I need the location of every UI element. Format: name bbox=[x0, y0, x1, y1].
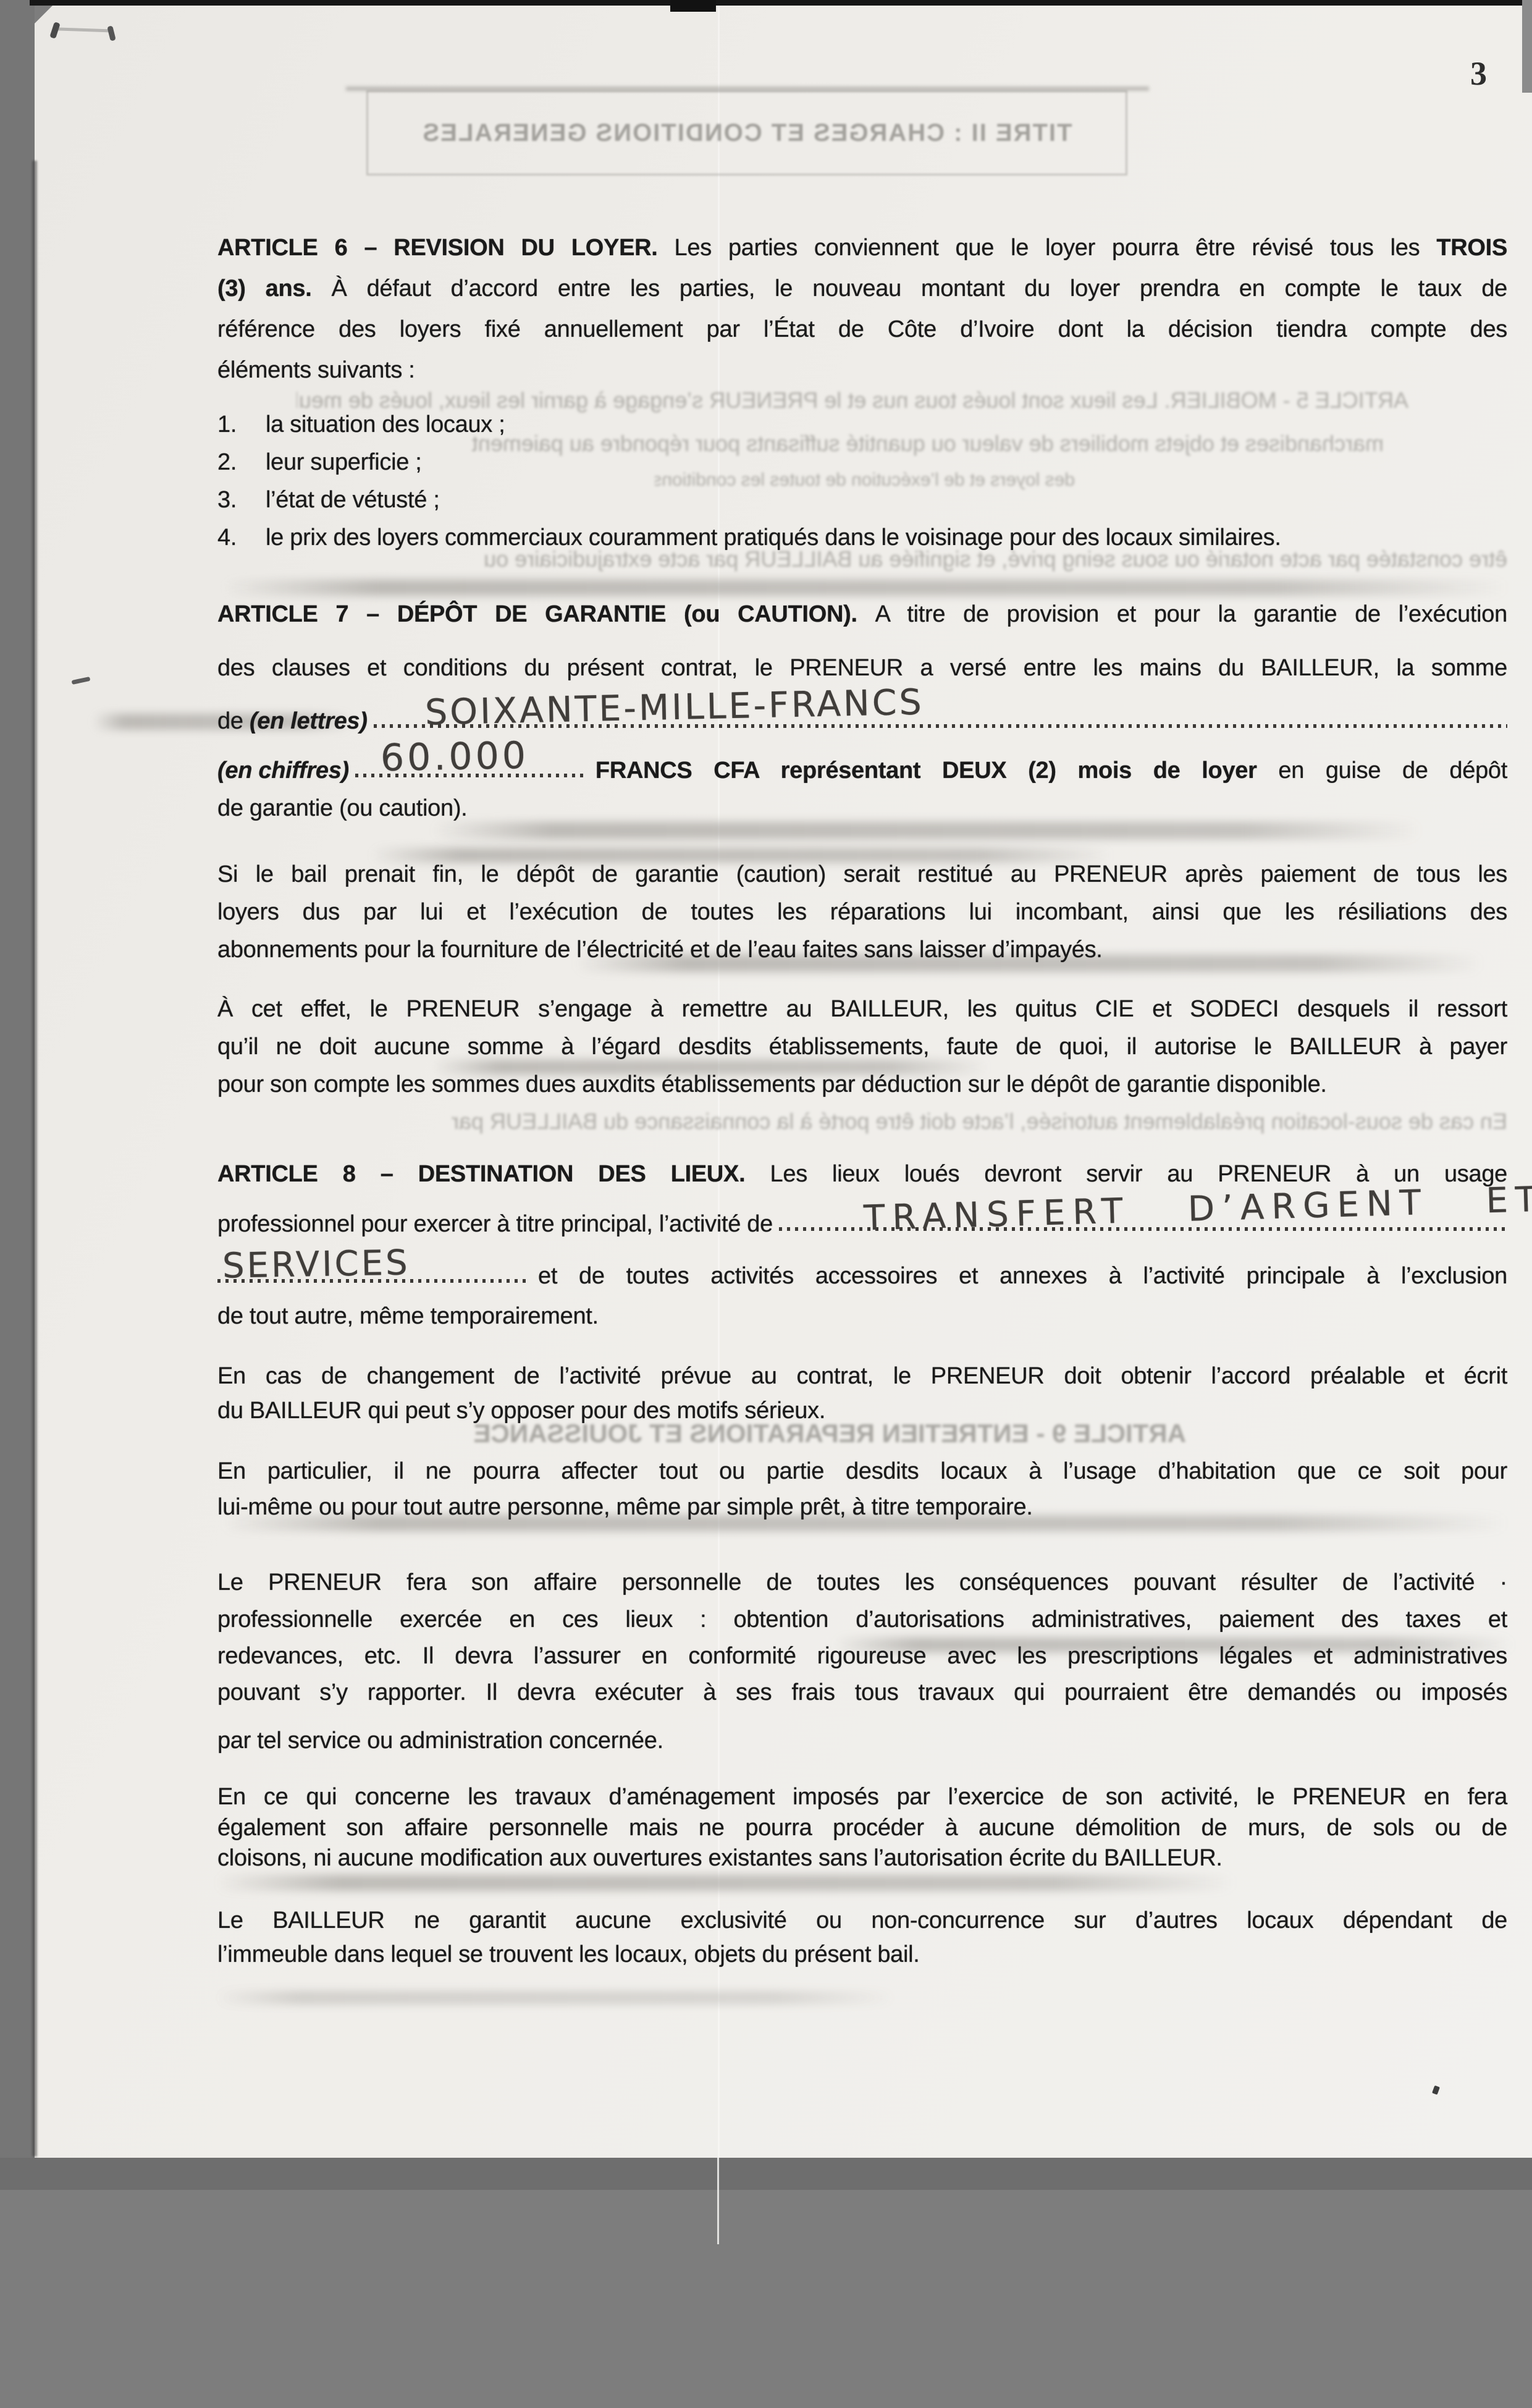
page-number: 3 bbox=[1470, 54, 1487, 93]
text-segment: FRANCS CFA représentant DEUX (2) mois de… bbox=[596, 758, 1279, 784]
text-segment: cloisons, ni aucune modification aux ouv… bbox=[217, 1845, 1223, 1871]
activity-suffix: et de toutes activités accessoires et an… bbox=[538, 1261, 1507, 1291]
text-segment: A titre de provision et pour la garantie… bbox=[875, 601, 1507, 627]
bleedthrough-line: En cas de sous-location préalablement au… bbox=[222, 1108, 1507, 1135]
tenant-responsibility-line: Le PRENEUR fera son affaire personnelle … bbox=[217, 1563, 1507, 1602]
list-text: leur superficie ; bbox=[266, 449, 422, 475]
no-housing-line: En particulier, il ne pourra affecter to… bbox=[217, 1452, 1507, 1490]
quitus-line: qu’il ne doit aucune somme à l’égard des… bbox=[217, 1028, 1507, 1066]
quitus-line: À cet effet, le PRENEUR s’engage à remet… bbox=[217, 990, 1507, 1028]
text-segment: pouvant s’y rapporter. Il devra exécuter… bbox=[217, 1679, 1507, 1705]
text-segment: professionnelle exercée en ces lieux : o… bbox=[217, 1607, 1507, 1633]
list-number: 2. bbox=[217, 443, 266, 481]
text-segment: Le BAILLEUR ne garantit aucune exclusivi… bbox=[217, 1907, 1507, 1933]
text-segment: À défaut d’accord entre les parties, le … bbox=[332, 276, 1507, 302]
tenant-responsibility-line: par tel service ou administration concer… bbox=[217, 1722, 1507, 1760]
activity-continuation-row: et de toutes activités accessoires et an… bbox=[217, 1244, 1507, 1291]
text-segment: TROIS bbox=[1436, 235, 1507, 261]
text-segment: en guise de dépôt bbox=[1278, 758, 1507, 784]
text-segment: de bbox=[217, 708, 250, 734]
no-exclusivity-line: l’immeuble dans lequel se trouvent les l… bbox=[217, 1935, 1507, 1974]
tenant-responsibility-line: pouvant s’y rapporter. Il devra exécuter… bbox=[217, 1673, 1507, 1712]
no-exclusivity-line: Le BAILLEUR ne garantit aucune exclusivi… bbox=[217, 1901, 1507, 1940]
list-text: le prix des loyers commerciaux courammen… bbox=[266, 525, 1281, 551]
bleedthrough-smudge bbox=[222, 580, 1507, 596]
list-item: 3.l’état de vétusté ; bbox=[217, 481, 1507, 519]
article7-line: ARTICLE 7 – DÉPÔT DE GARANTIE (ou CAUTIO… bbox=[217, 595, 1507, 633]
text-segment: (3) ans. bbox=[217, 276, 332, 302]
text-segment: En particulier, il ne pourra affecter to… bbox=[217, 1458, 1507, 1484]
text-segment: et de toutes activités accessoires et an… bbox=[538, 1263, 1507, 1289]
text-segment: Si le bail prenait fin, le dépôt de gara… bbox=[217, 861, 1507, 887]
scanner-background-left bbox=[0, 0, 35, 2190]
text-segment: ARTICLE 7 – DÉPÔT DE GARANTIE (ou CAUTIO… bbox=[217, 601, 875, 627]
scanned-lease-page: { "document": { "page_number": "3" }, "b… bbox=[0, 0, 1532, 2408]
works-line: cloisons, ni aucune modification aux ouv… bbox=[217, 1839, 1507, 1877]
amount-in-digits-suffix: FRANCS CFA représentant DEUX (2) mois de… bbox=[596, 755, 1507, 786]
tenant-responsibility-line: professionnelle exercée en ces lieux : o… bbox=[217, 1600, 1507, 1639]
amount-in-digits-label: (en chiffres) bbox=[217, 755, 349, 786]
list-item: 2.leur superficie ; bbox=[217, 443, 1507, 481]
list-item: 4.le prix des loyers commerciaux couramm… bbox=[217, 518, 1507, 557]
handwritten-amount-digits: 60.000 bbox=[380, 734, 529, 780]
text-segment: abonnements pour la fourniture de l’élec… bbox=[217, 937, 1103, 963]
text-segment: qu’il ne doit aucune somme à l’égard des… bbox=[217, 1034, 1507, 1060]
activity-change-line: En cas de changement de l’activité prévu… bbox=[217, 1357, 1507, 1395]
list-number: 3. bbox=[217, 481, 266, 519]
text-segment: également son affaire personnelle mais n… bbox=[217, 1815, 1507, 1841]
text-segment: professionnel pour exercer à titre princ… bbox=[217, 1211, 773, 1237]
text-segment: ARTICLE 6 – REVISION DU LOYER. bbox=[217, 235, 675, 261]
article6-line: (3) ans. À défaut d’accord entre les par… bbox=[217, 269, 1507, 308]
list-item: 1.la situation des locaux ; bbox=[217, 405, 1507, 444]
deposit-refund-line: Si le bail prenait fin, le dépôt de gara… bbox=[217, 855, 1507, 893]
text-segment: À cet effet, le PRENEUR s’engage à remet… bbox=[217, 996, 1507, 1022]
paper-crease-bottom bbox=[717, 2158, 719, 2244]
text-segment: par tel service ou administration concer… bbox=[217, 1728, 663, 1754]
text-segment: éléments suivants : bbox=[217, 357, 415, 383]
page-bottom-edge-shadow bbox=[0, 2158, 1532, 2190]
deposit-refund-line: loyers dus par lui et l’exécution de tou… bbox=[217, 893, 1507, 931]
article7-line: de garantie (ou caution). bbox=[217, 789, 1507, 827]
article6-line: éléments suivants : bbox=[217, 351, 1507, 389]
scan-top-edge bbox=[30, 0, 1532, 6]
text-segment: Les parties conviennent que le loyer pou… bbox=[675, 235, 1437, 261]
list-text: la situation des locaux ; bbox=[266, 412, 505, 437]
list-text: l’état de vétusté ; bbox=[266, 487, 440, 513]
text-segment: En cas de changement de l’activité prévu… bbox=[217, 1363, 1507, 1389]
text-segment: pour son compte les sommes dues auxdits … bbox=[217, 1071, 1327, 1097]
scanner-background-top-right bbox=[1522, 0, 1532, 93]
article8-line: de tout autre, même temporairement. bbox=[217, 1297, 1507, 1335]
text-segment: l’immeuble dans lequel se trouvent les l… bbox=[217, 1941, 920, 1967]
text-segment: ARTICLE 8 – DESTINATION DES LIEUX. bbox=[217, 1161, 770, 1187]
no-housing-line: lui-même ou pour tout autre personne, mê… bbox=[217, 1488, 1507, 1526]
text-segment: de tout autre, même temporairement. bbox=[217, 1303, 599, 1329]
handwritten-activity-line2: SERVICES bbox=[222, 1243, 410, 1286]
text-segment: (en lettres) bbox=[250, 708, 368, 734]
activity-label: professionnel pour exercer à titre princ… bbox=[217, 1209, 773, 1240]
list-number: 1. bbox=[217, 405, 266, 444]
text-segment: lui-même ou pour tout autre personne, mê… bbox=[217, 1494, 1033, 1520]
text-segment: référence des loyers fixé annuellement p… bbox=[217, 316, 1507, 342]
text-segment: redevances, etc. Il devra l’assurer en c… bbox=[217, 1643, 1507, 1669]
bleedthrough-smudge bbox=[216, 1991, 896, 2005]
article6-line: référence des loyers fixé annuellement p… bbox=[217, 310, 1507, 349]
tenant-responsibility-line: redevances, etc. Il devra l’assurer en c… bbox=[217, 1637, 1507, 1675]
deposit-refund-line: abonnements pour la fourniture de l’élec… bbox=[217, 931, 1507, 969]
amount-in-letters-label: de (en lettres) bbox=[217, 706, 368, 737]
scan-top-notch bbox=[670, 0, 716, 12]
text-segment: (en chiffres) bbox=[217, 758, 349, 784]
text-segment: des clauses et conditions du présent con… bbox=[217, 655, 1507, 681]
quitus-line: pour son compte les sommes dues auxdits … bbox=[217, 1065, 1507, 1104]
text-segment: loyers dus par lui et l’exécution de tou… bbox=[217, 899, 1507, 925]
article6-line: ARTICLE 6 – REVISION DU LOYER. Les parti… bbox=[217, 229, 1507, 267]
list-number: 4. bbox=[217, 518, 266, 557]
text-segment: En ce qui concerne les travaux d’aménage… bbox=[217, 1784, 1507, 1810]
text-segment: Le PRENEUR fera son affaire personnelle … bbox=[217, 1569, 1507, 1595]
activity-change-line: du BAILLEUR qui peut s’y opposer pour de… bbox=[217, 1392, 1507, 1430]
text-segment: du BAILLEUR qui peut s’y opposer pour de… bbox=[217, 1398, 825, 1424]
text-segment: de garantie (ou caution). bbox=[217, 795, 467, 821]
article7-line: des clauses et conditions du présent con… bbox=[217, 649, 1507, 687]
bleedthrough-title-box: TITRE II : CHARGES ET CONDITIONS GENERAL… bbox=[366, 90, 1127, 175]
page-left-edge-shadow bbox=[32, 161, 37, 2157]
